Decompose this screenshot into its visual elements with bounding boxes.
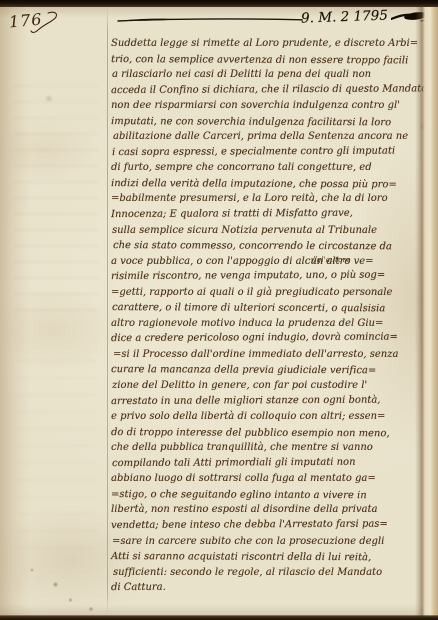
manuscript-line: Innocenza; E qualora si tratti di Misfat…	[111, 205, 414, 222]
manuscript-line: compilando tali Atti primordiali gli imp…	[112, 454, 414, 471]
show-through-smudge	[14, 85, 98, 325]
book-top-edge	[0, 0, 438, 7]
manuscript-line: zione del Delitto in genere, con far poi…	[112, 378, 414, 394]
manuscript-line: che della pubblica tranquillità, che men…	[111, 440, 414, 456]
manuscript-line: e privo solo della libertà di colloquio …	[111, 409, 414, 425]
page-right-edge	[415, 0, 438, 620]
foxing-spot	[68, 598, 73, 602]
header-rule-icon	[117, 16, 303, 24]
manuscript-line: trio, con la semplice avvertenza di non …	[111, 52, 414, 69]
manuscript-line: i casi sopra espressi, e specialmente co…	[112, 143, 414, 160]
margin-rule	[107, 8, 108, 614]
book-bottom-edge	[0, 615, 438, 620]
manuscript-line: =getti, rapporto ai quali o il già pregi…	[111, 285, 414, 301]
manuscript-line: curare la mancanza della previa giudicia…	[111, 362, 414, 379]
foxing-spot	[52, 582, 59, 587]
manuscript-page: 176 9. M. 2 1795 Suddetta legge si rimet…	[0, 0, 438, 620]
manuscript-line: carattere, o il timore di ulteriori scon…	[112, 300, 414, 317]
foxing-spot	[44, 95, 54, 102]
manuscript-line: di furto, sempre che concorrano tali con…	[111, 160, 414, 176]
manuscript-line: abbiano luogo di sottrarsi colla fuga al…	[111, 471, 414, 487]
manuscript-line: di Cattura.	[111, 579, 414, 596]
manuscript-line: =sare in carcere subito che con la prose…	[112, 534, 414, 550]
manuscript-text: Suddetta legge si rimette al Loro pruden…	[111, 36, 417, 596]
folio-flourish-icon	[28, 10, 62, 36]
manuscript-line: che sia stato commesso, concorrendo le c…	[113, 238, 414, 255]
manuscript-line: non dee risparmiarsi con soverchia indul…	[111, 98, 414, 114]
foxing-spot	[88, 607, 94, 611]
foxing-spot	[30, 568, 34, 572]
manuscript-line: Atti si saranno acquistati riscontri del…	[111, 549, 414, 566]
manuscript-line: arrestato in una delle migliori stanze c…	[111, 392, 414, 409]
manuscript-line: =si il Processo dall'ordine immediato de…	[113, 347, 414, 363]
manuscript-line: libertà, non restino esposti al disordin…	[111, 502, 414, 518]
manuscript-line: imputati, ne con soverchia indulgenza fa…	[111, 114, 414, 131]
manuscript-line: indizi della verità della imputazione, c…	[111, 176, 414, 193]
insertion-caret-icon: //	[312, 255, 315, 264]
interlinear-note: //gl'autore	[312, 255, 351, 264]
header-date: 9. M. 2 1795	[301, 7, 388, 26]
manuscript-line: sulla semplice sicura Notizia pervenuta …	[112, 223, 414, 239]
manuscript-line: acceda il Confino si dichiara, che il ri…	[111, 81, 414, 98]
manuscript-line: do di troppo interesse del pubblico esem…	[111, 425, 414, 442]
manuscript-line: a rilasciarlo nei casi di Delitti la pen…	[112, 67, 414, 83]
manuscript-line: abilitazione dalle Carceri, prima della …	[113, 129, 414, 145]
show-through-smudge	[18, 360, 96, 560]
manuscript-line: Suddetta legge si rimette al Loro pruden…	[111, 36, 414, 52]
interlinear-note-text: gl'autore	[316, 255, 350, 264]
manuscript-line: dice a credere pericoloso ogni indugio, …	[111, 330, 414, 347]
manuscript-line: risimile riscontro, ne venga imputato, u…	[111, 268, 414, 285]
manuscript-line: =stigo, o che seguitando eglino intanto …	[111, 487, 414, 504]
manuscript-line: vendetta; bene inteso che debba l'Arrest…	[111, 516, 414, 533]
